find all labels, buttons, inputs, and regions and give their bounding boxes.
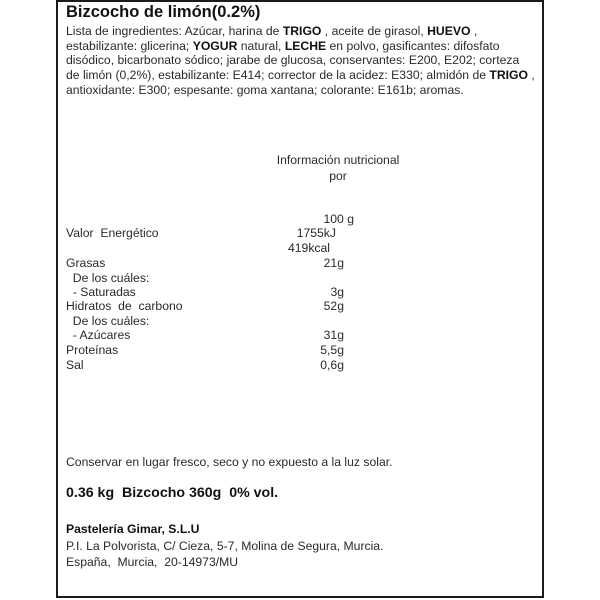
nutrition-label: Grasas: [66, 256, 105, 270]
nutrition-row: De los cuáles:: [66, 271, 536, 286]
nutrition-row: Proteínas5,5g: [66, 343, 536, 358]
allergen-highlight: TRIGO: [283, 24, 322, 38]
ingredients-list: Lista de ingredientes: Azúcar, harina de…: [66, 24, 536, 98]
nutrition-label: Sal: [66, 358, 84, 372]
nutrition-heading: Información nutricional: [248, 153, 428, 167]
nutrition-label: - Saturadas: [66, 285, 136, 299]
allergen-highlight: YOGUR: [193, 39, 238, 53]
nutrition-label: De los cuáles:: [66, 314, 149, 328]
storage-instructions: Conservar en lugar fresco, seco y no exp…: [66, 455, 393, 469]
ingredient-text: Lista de ingredientes: Azúcar, harina de: [66, 24, 283, 38]
ingredient-text: , aceite de girasol,: [321, 24, 427, 38]
nutrition-value: 31g: [224, 328, 344, 342]
nutrition-row: 419kcal: [66, 241, 536, 256]
nutrition-value: 0,6g: [224, 358, 344, 372]
nutrition-label: Proteínas: [66, 343, 118, 357]
nutrition-value: 5,5g: [224, 343, 344, 357]
nutrition-row: Valor Energético1755kJ: [66, 226, 536, 241]
allergen-highlight: LECHE: [285, 39, 326, 53]
nutrition-row: - Saturadas3g: [66, 285, 536, 300]
nutrition-value: 419kcal: [210, 241, 330, 255]
nutrition-row: Sal0,6g: [66, 358, 536, 373]
nutrition-row: De los cuáles:: [66, 314, 536, 329]
product-title: Bizcocho de limón(0.2%): [66, 3, 260, 22]
nutrition-value: 52g: [224, 299, 344, 313]
nutrition-per-amount: 100 g: [254, 212, 354, 226]
product-label: Bizcocho de limón(0.2%) Lista de ingredi…: [56, 0, 544, 598]
nutrition-heading-per: por: [248, 169, 428, 183]
nutrition-value: 3g: [224, 285, 344, 299]
nutrition-value: 21g: [224, 256, 344, 270]
nutrition-label: Valor Energético: [66, 226, 159, 240]
nutrition-label: De los cuáles:: [66, 271, 149, 285]
allergen-highlight: HUEVO: [427, 24, 470, 38]
nutrition-label: Hidratos de carbono: [66, 299, 183, 313]
nutrition-row: Hidratos de carbono52g: [66, 299, 536, 314]
nutrition-row: - Azúcares31g: [66, 328, 536, 343]
net-quantity: 0.36 kg Bizcocho 360g 0% vol.: [66, 485, 278, 501]
ingredient-text: natural,: [237, 39, 284, 53]
manufacturer-address-line2: España, Murcia, 20-14973/MU: [66, 555, 238, 569]
allergen-highlight: TRIGO: [489, 68, 528, 82]
manufacturer-name: Pastelería Gimar, S.L.U: [66, 522, 199, 536]
nutrition-value: 1755kJ: [216, 226, 336, 240]
nutrition-row: Grasas21g: [66, 256, 536, 271]
nutrition-label: - Azúcares: [66, 328, 130, 342]
manufacturer-address-line1: P.I. La Polvorista, C/ Cieza, 5-7, Molin…: [66, 539, 383, 553]
